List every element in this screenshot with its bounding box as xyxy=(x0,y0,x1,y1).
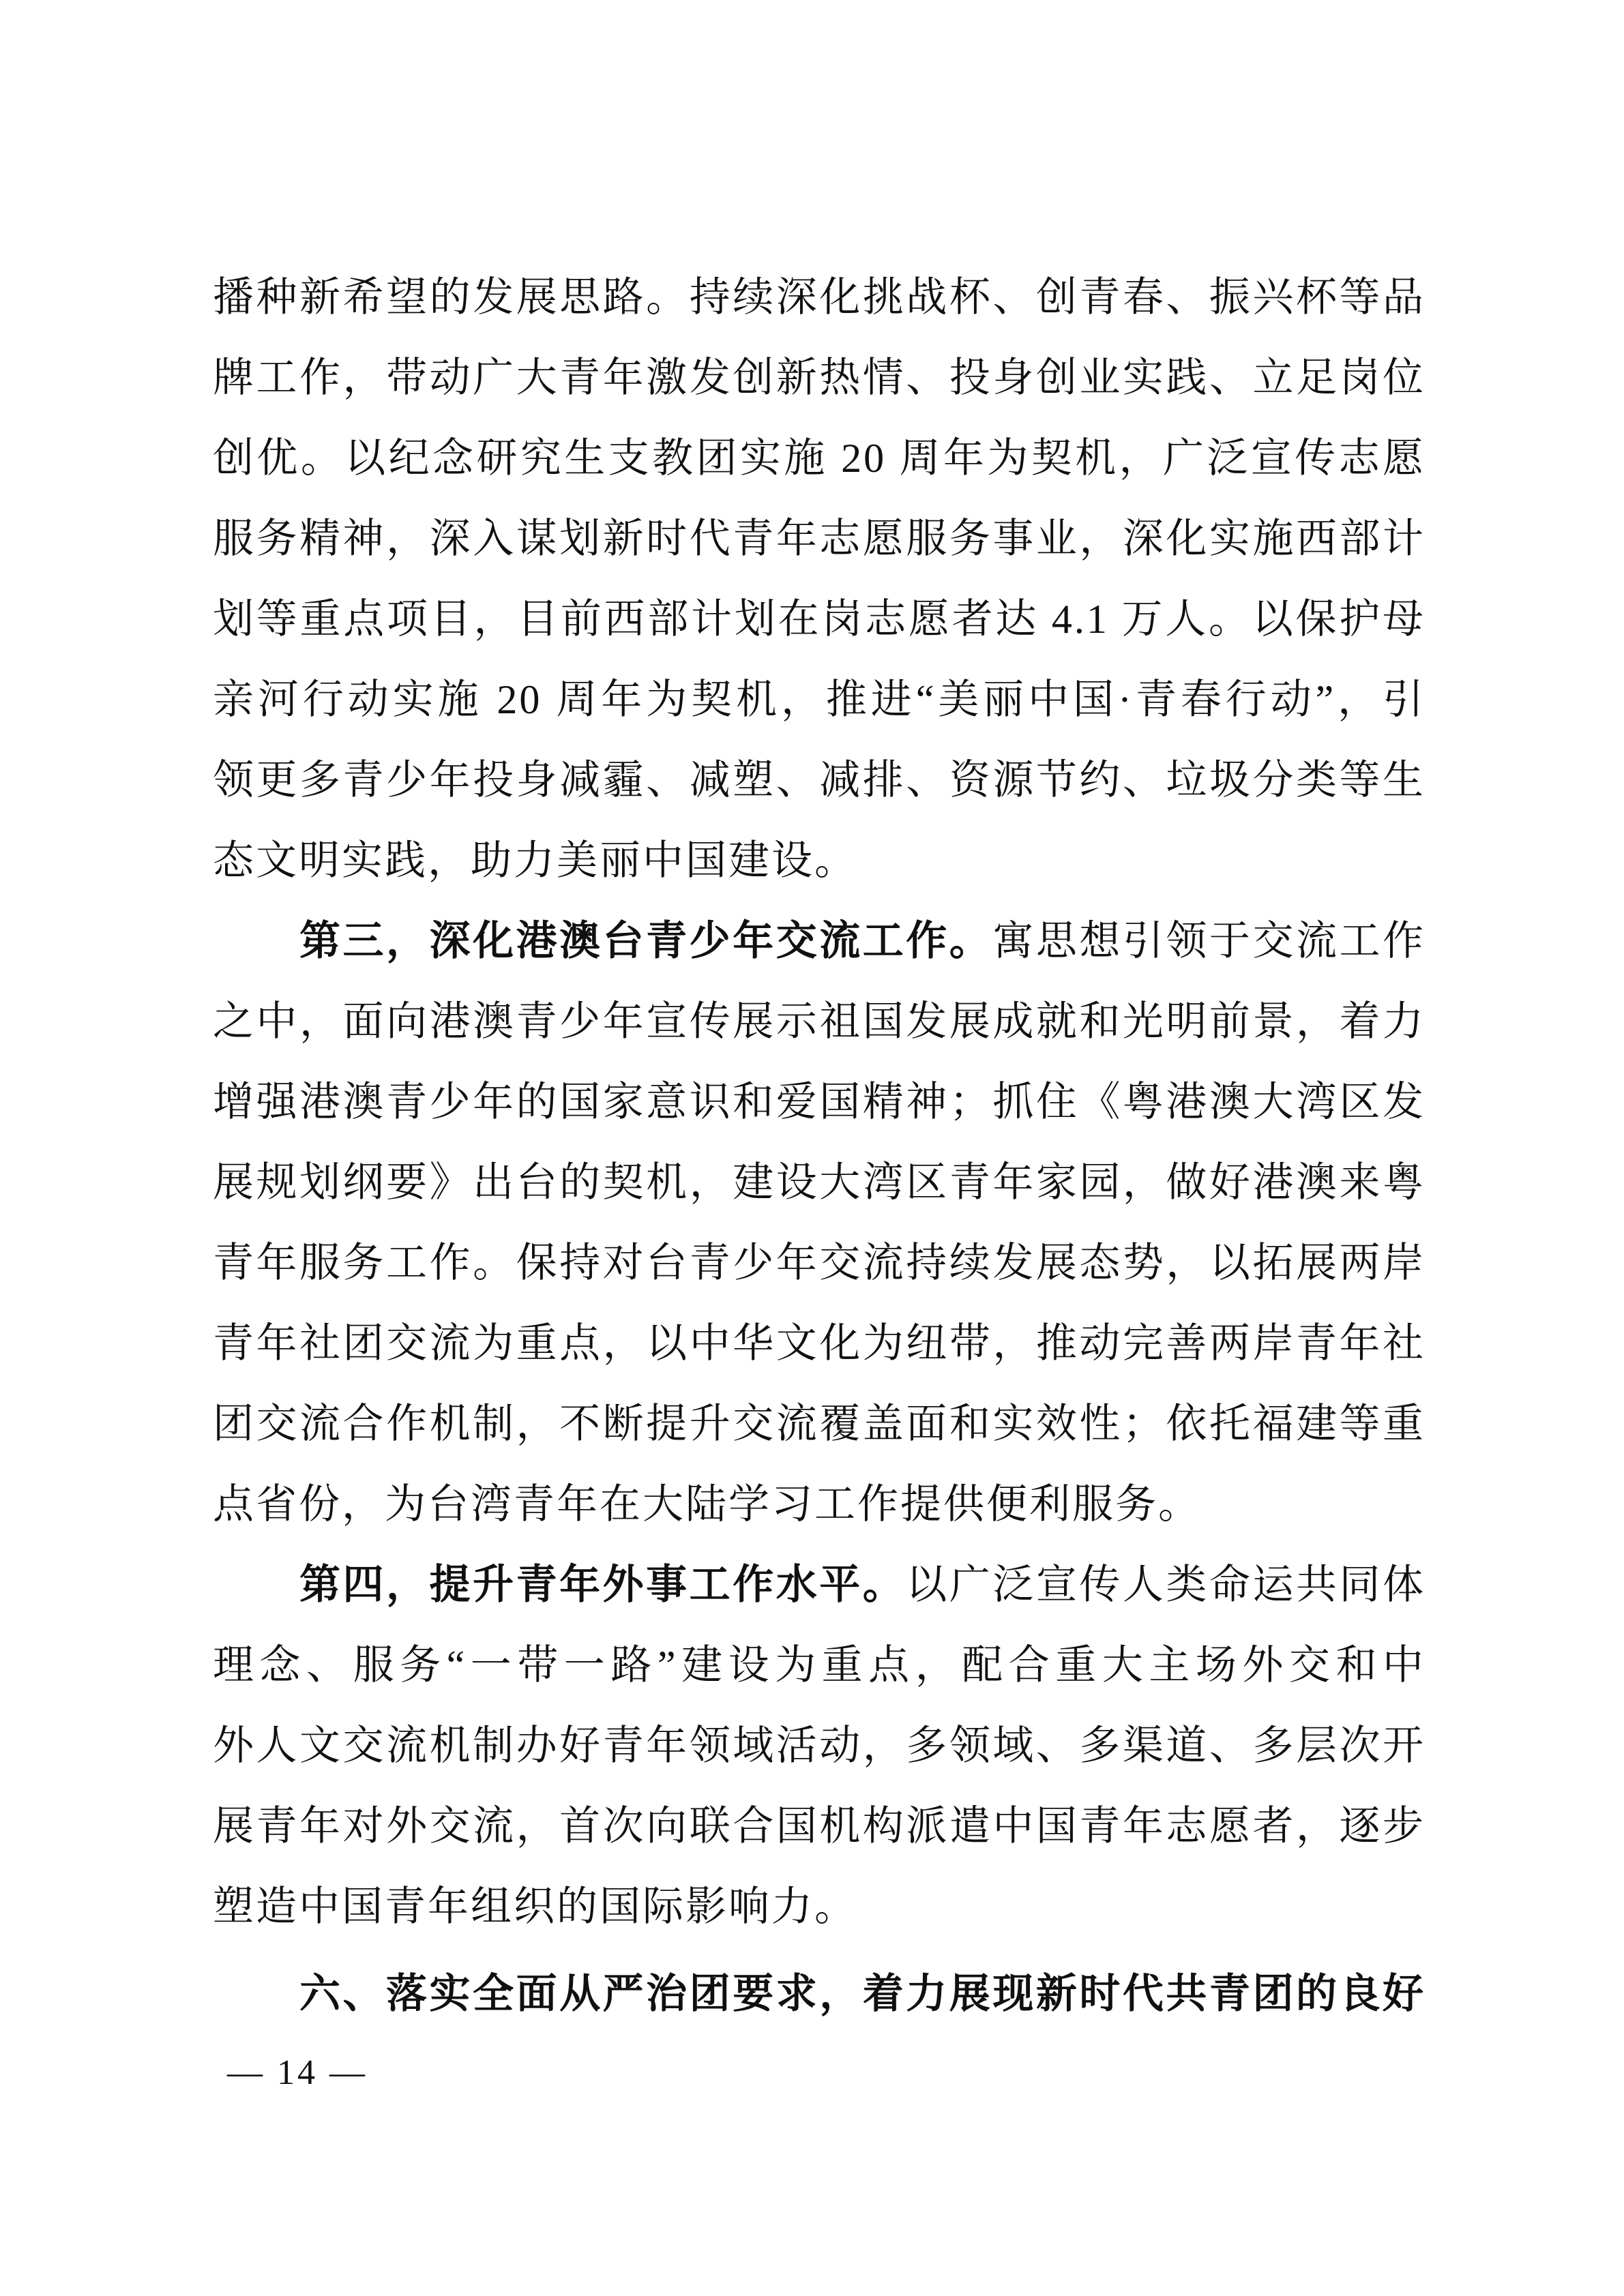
body-text: 增强港澳青少年的国家意识和爱国精神；抓住《粤港澳大湾区发 xyxy=(213,1079,1426,1124)
body-text: 寓思想引领于交流工作 xyxy=(992,919,1426,964)
body-text: 以广泛宣传人类命运共同体 xyxy=(906,1562,1426,1607)
body-text: 外人文交流机制办好青年领域活动，多领域、多渠道、多层次开 xyxy=(213,1723,1426,1768)
text-line: 外人文交流机制办好青年领域活动，多领域、多渠道、多层次开 xyxy=(213,1705,1426,1786)
text-line: 塑造中国青年组织的国际影响力。 xyxy=(213,1866,1426,1947)
body-text: 点省份，为台湾青年在大陆学习工作提供便利服务。 xyxy=(213,1482,1201,1527)
body-text: 划等重点项目，目前西部计划在岗志愿者达 4.1 万人。以保护母 xyxy=(213,597,1426,642)
text-line: 展青年对外交流，首次向联合国机构派遣中国青年志愿者，逐步 xyxy=(213,1786,1426,1866)
section-heading-line: 六、落实全面从严治团要求，着力展现新时代共青团的良好 xyxy=(213,1954,1426,2034)
text-line: 第三，深化港澳台青少年交流工作。寓思想引领于交流工作 xyxy=(213,901,1426,981)
text-line: 划等重点项目，目前西部计划在岗志愿者达 4.1 万人。以保护母 xyxy=(213,579,1426,659)
body-text: 青年社团交流为重点，以中华文化为纽带，推动完善两岸青年社 xyxy=(213,1321,1426,1366)
page-number: — 14 — xyxy=(227,2042,368,2104)
text-line: 牌工作，带动广大青年激发创新热情、投身创业实践、立足岗位 xyxy=(213,338,1426,418)
text-line: 团交流合作机制，不断提升交流覆盖面和实效性；依托福建等重 xyxy=(213,1384,1426,1464)
paragraph-lead-text: 第三，深化港澳台青少年交流工作。 xyxy=(299,919,992,964)
body-text: 牌工作，带动广大青年激发创新热情、投身创业实践、立足岗位 xyxy=(213,355,1426,400)
heading-text: 六、落实全面从严治团要求，着力展现新时代共青团的良好 xyxy=(299,1971,1426,2016)
body-text: 亲河行动实施 20 周年为契机，推进“美丽中国·青春行动”，引 xyxy=(213,677,1426,722)
text-line: 态文明实践，助力美丽中国建设。 xyxy=(213,820,1426,901)
body-text: 青年服务工作。保持对台青少年交流持续发展态势，以拓展两岸 xyxy=(213,1240,1426,1285)
body-text: 创优。以纪念研究生支教团实施 20 周年为契机，广泛宣传志愿 xyxy=(213,436,1426,481)
text-line: 青年服务工作。保持对台青少年交流持续发展态势，以拓展两岸 xyxy=(213,1223,1426,1303)
document-page: 播种新希望的发展思路。持续深化挑战杯、创青春、振兴杯等品牌工作，带动广大青年激发… xyxy=(0,0,1624,2296)
text-line: 播种新希望的发展思路。持续深化挑战杯、创青春、振兴杯等品 xyxy=(213,257,1426,338)
text-line: 领更多青少年投身减霾、减塑、减排、资源节约、垃圾分类等生 xyxy=(213,740,1426,820)
body-text: 展规划纲要》出台的契机，建设大湾区青年家园，做好港澳来粤 xyxy=(213,1160,1426,1205)
text-line: 创优。以纪念研究生支教团实施 20 周年为契机，广泛宣传志愿 xyxy=(213,418,1426,498)
body-text: 服务精神，深入谋划新时代青年志愿服务事业，深化实施西部计 xyxy=(213,516,1426,561)
text-line: 点省份，为台湾青年在大陆学习工作提供便利服务。 xyxy=(213,1464,1426,1545)
text-line: 展规划纲要》出台的契机，建设大湾区青年家园，做好港澳来粤 xyxy=(213,1142,1426,1223)
body-text: 领更多青少年投身减霾、减塑、减排、资源节约、垃圾分类等生 xyxy=(213,758,1426,803)
text-line: 之中，面向港澳青少年宣传展示祖国发展成就和光明前景，着力 xyxy=(213,981,1426,1062)
body-text: 之中，面向港澳青少年宣传展示祖国发展成就和光明前景，着力 xyxy=(213,999,1426,1044)
body-text: 播种新希望的发展思路。持续深化挑战杯、创青春、振兴杯等品 xyxy=(213,275,1426,320)
body-text: 态文明实践，助力美丽中国建设。 xyxy=(213,838,857,883)
body-text: 理念、服务“一带一路”建设为重点，配合重大主场外交和中 xyxy=(213,1643,1426,1688)
body-text: 团交流合作机制，不断提升交流覆盖面和实效性；依托福建等重 xyxy=(213,1401,1426,1446)
text-line: 理念、服务“一带一路”建设为重点，配合重大主场外交和中 xyxy=(213,1625,1426,1705)
document-body: 播种新希望的发展思路。持续深化挑战杯、创青春、振兴杯等品牌工作，带动广大青年激发… xyxy=(213,257,1426,2034)
text-line: 服务精神，深入谋划新时代青年志愿服务事业，深化实施西部计 xyxy=(213,498,1426,579)
body-text: 展青年对外交流，首次向联合国机构派遣中国青年志愿者，逐步 xyxy=(213,1804,1426,1849)
paragraph-lead-text: 第四，提升青年外事工作水平。 xyxy=(299,1562,906,1607)
text-line: 增强港澳青少年的国家意识和爱国精神；抓住《粤港澳大湾区发 xyxy=(213,1062,1426,1142)
text-line: 青年社团交流为重点，以中华文化为纽带，推动完善两岸青年社 xyxy=(213,1303,1426,1384)
text-line: 亲河行动实施 20 周年为契机，推进“美丽中国·青春行动”，引 xyxy=(213,659,1426,740)
body-text: 塑造中国青年组织的国际影响力。 xyxy=(213,1884,857,1929)
text-line: 第四，提升青年外事工作水平。以广泛宣传人类命运共同体 xyxy=(213,1545,1426,1625)
